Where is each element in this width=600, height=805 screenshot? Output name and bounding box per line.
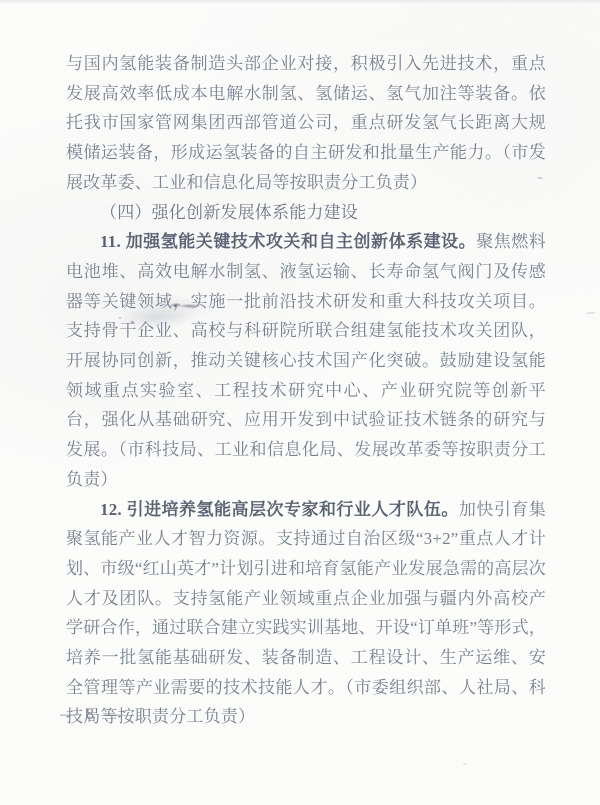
paragraph-text: （四）强化创新发展体系能力建设 bbox=[100, 203, 358, 222]
document-body: 与国内氢能装备制造头部企业对接，积极引入先进技术，重点发展高效率低成本电解水制氢… bbox=[66, 49, 546, 732]
item-11-paragraph: 11. 加强氢能关键技术攻关和自主创新体系建设。聚焦燃料电池堆、高效电解水制氢、… bbox=[66, 227, 546, 494]
scanned-document-page: 与国内氢能装备制造头部企业对接，积极引入先进技术，重点发展高效率低成本电解水制氢… bbox=[0, 0, 600, 805]
page-number: — 8 — bbox=[60, 706, 123, 724]
scan-edge-shadow bbox=[0, 0, 600, 4]
scan-speck bbox=[586, 312, 596, 315]
item-12-paragraph: 12. 引进培养氢能高层次专家和行业人才队伍。加快引育集聚氢能产业人才智力资源。… bbox=[66, 495, 546, 733]
paragraph-text: 与国内氢能装备制造头部企业对接，积极引入先进技术，重点发展高效率低成本电解水制氢… bbox=[66, 54, 546, 192]
paragraph-text: 加快引育集聚氢能产业人才智力资源。支持通过自治区级“3+2”重点人才计划、市级“… bbox=[66, 500, 546, 727]
paragraph-lead-bold: 12. 引进培养氢能高层次专家和行业人才队伍。 bbox=[100, 500, 459, 519]
paragraph-lead-bold: 11. 加强氢能关键技术攻关和自主创新体系建设。 bbox=[100, 232, 476, 251]
section-heading-4: （四）强化创新发展体系能力建设 bbox=[66, 198, 546, 228]
paragraph-text: 聚焦燃料电池堆、高效电解水制氢、液氢运输、长寿命氢气阀门及传感器等关键领域，实施… bbox=[66, 232, 546, 489]
scan-speck bbox=[463, 763, 467, 765]
continuation-paragraph: 与国内氢能装备制造头部企业对接，积极引入先进技术，重点发展高效率低成本电解水制氢… bbox=[66, 49, 546, 198]
